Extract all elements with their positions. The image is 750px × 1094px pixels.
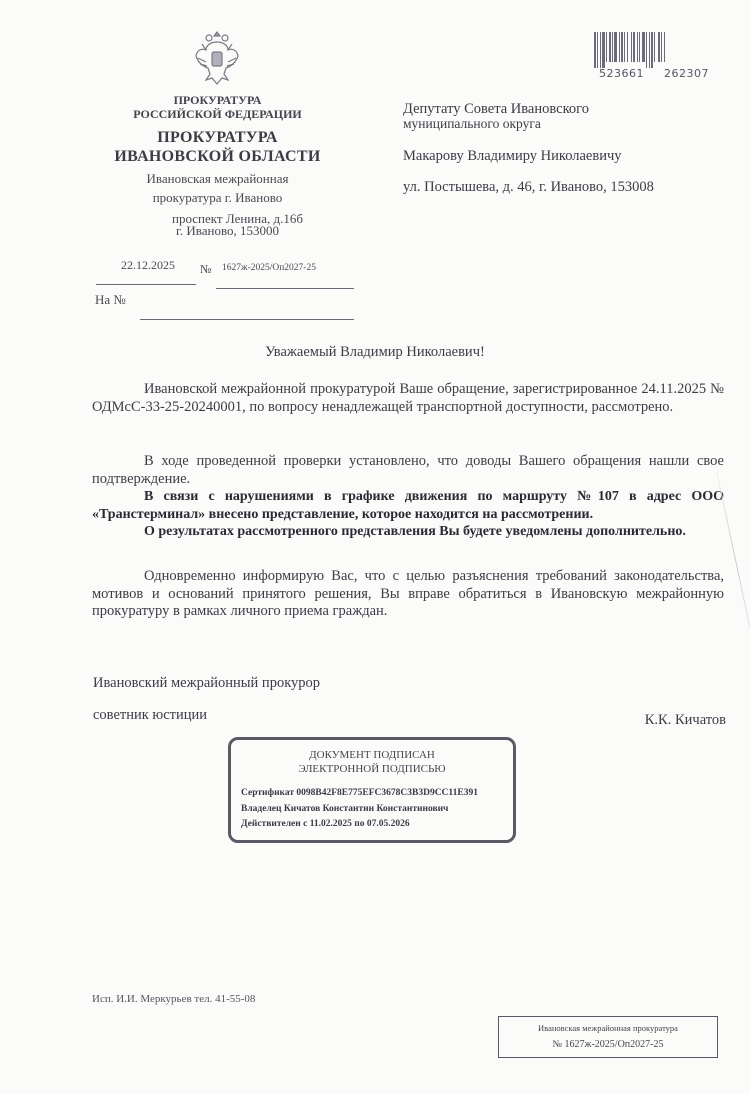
greeting: Уважаемый Владимир Николаевич! (0, 344, 750, 361)
stamp-certificate: Сертификат 0098B42F8E775EFC3678C3B3D9CC1… (241, 788, 478, 798)
stamp-validity: Действителен с 11.02.2025 по 07.05.2026 (241, 819, 410, 829)
registration-stamp: Ивановская межрайонная прокуратура № 162… (498, 1016, 718, 1058)
date-underline (96, 284, 196, 285)
region-name-line2: ИВАНОВСКОЙ ОБЛАСТИ (110, 148, 325, 166)
letter-number: 1627ж-2025/Оп2027-25 (222, 263, 316, 273)
reply-to-underline (140, 319, 354, 320)
paragraph-4: О результатах рассмотренного представлен… (92, 523, 724, 541)
paragraph-3: В связи с нарушениями в графике движения… (92, 488, 724, 523)
russian-coat-of-arms-icon (192, 28, 242, 88)
number-sign: № (200, 262, 211, 277)
executor-info: Исп. И.И. Меркурьев тел. 41-55-08 (92, 993, 255, 1005)
stamp-title-line1: ДОКУМЕНТ ПОДПИСАН (231, 748, 513, 762)
barcode (594, 32, 714, 68)
barcode-numbers: 523661 262307 (597, 67, 717, 80)
paragraph-1: Ивановской межрайонной прокуратурой Ваше… (92, 381, 724, 416)
recipient-title-line2: муниципального округа (403, 116, 541, 132)
unit-name-line1: Ивановская межрайонная (110, 171, 325, 187)
reply-to-label: На № (95, 292, 126, 308)
paragraph-2: В ходе проведенной проверки установлено,… (92, 453, 724, 488)
recipient-address: ул. Постышева, д. 46, г. Иваново, 153008 (403, 179, 654, 196)
number-underline (216, 288, 354, 289)
recipient-name: Макарову Владимиру Николаевичу (403, 148, 622, 165)
unit-name-line2: прокуратура г. Иваново (110, 190, 325, 206)
e-signature-stamp: ДОКУМЕНТ ПОДПИСАН ЭЛЕКТРОННОЙ ПОДПИСЬЮ С… (228, 737, 516, 843)
stamp-owner: Владелец Кичатов Константин Константинов… (241, 804, 448, 814)
org-name-line1: ПРОКУРАТУРА (110, 93, 325, 108)
region-name-line1: ПРОКУРАТУРА (110, 129, 325, 147)
reg-stamp-line1: Ивановская межрайонная прокуратура (499, 1022, 717, 1035)
letter-date: 22.12.2025 (121, 258, 175, 273)
paper-fold-crease (716, 472, 750, 648)
stamp-title-line2: ЭЛЕКТРОННОЙ ПОДПИСЬЮ (231, 762, 513, 776)
barcode-number-2: 262307 (664, 67, 717, 80)
barcode-number-1: 523661 (597, 67, 644, 80)
sender-address-line2: г. Иваново, 153000 (120, 223, 335, 239)
org-name-line2: РОССИЙСКОЙ ФЕДЕРАЦИИ (110, 107, 325, 122)
signer-position: Ивановский межрайонный прокурор (93, 675, 320, 692)
signer-rank: советник юстиции (93, 707, 207, 724)
signer-name: К.К. Кичатов (645, 712, 726, 729)
paragraph-5: Одновременно информирую Вас, что с целью… (92, 568, 724, 621)
reg-stamp-line2: № 1627ж-2025/Оп2027-25 (499, 1038, 717, 1051)
